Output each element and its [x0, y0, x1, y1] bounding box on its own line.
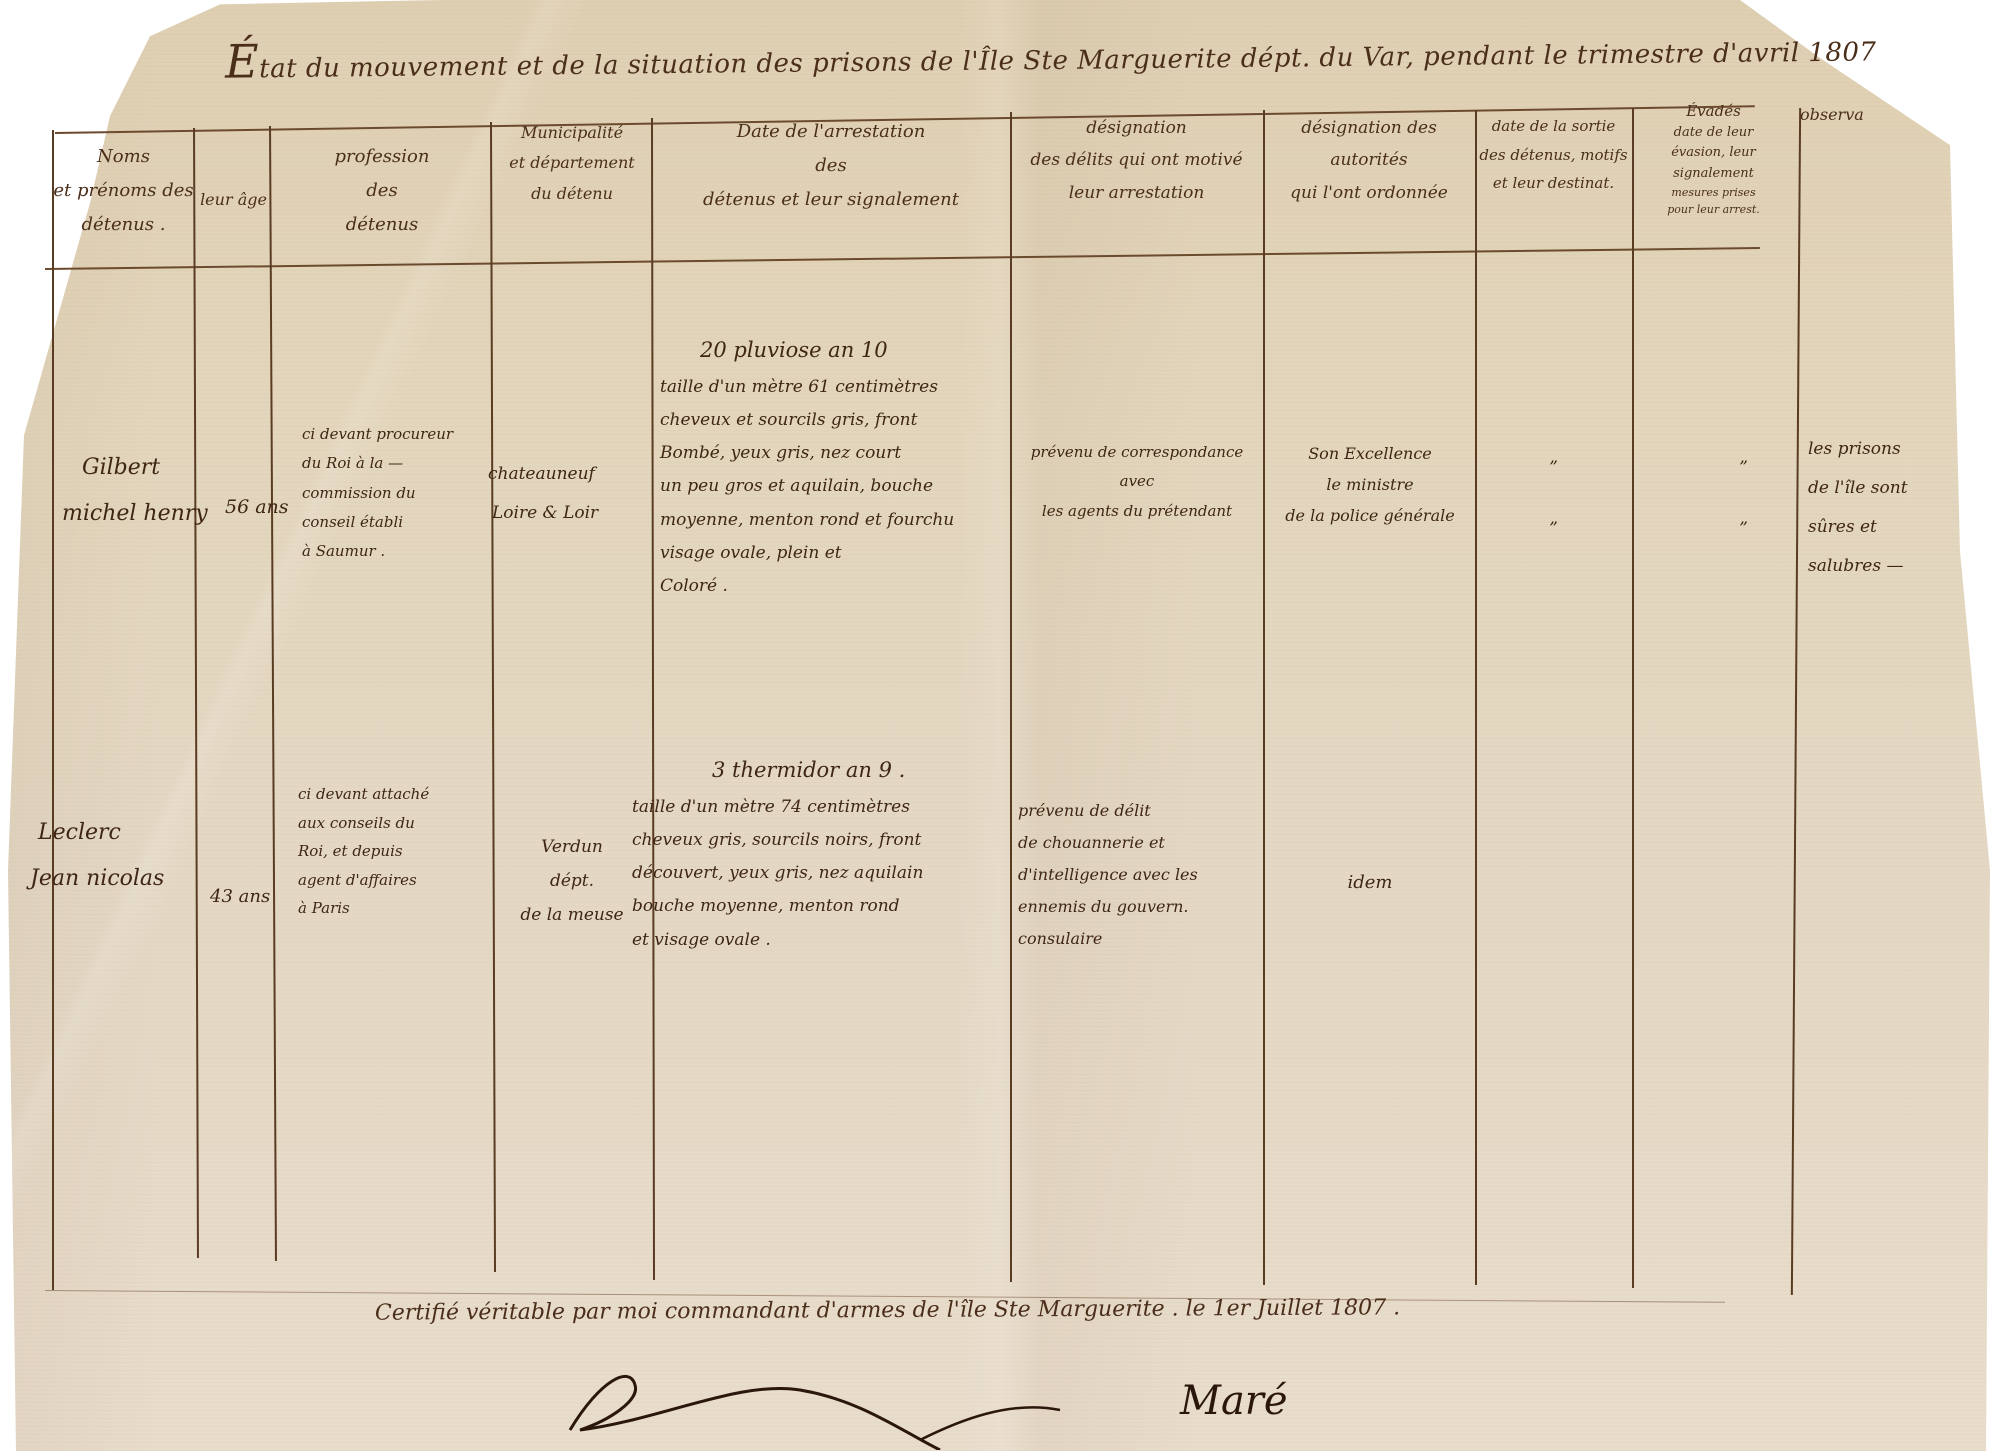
- header-line: leur arrestation: [1010, 177, 1263, 209]
- certification-text: Certifié véritable par moi commandant d'…: [375, 1297, 1400, 1324]
- col-rule-0: [52, 130, 54, 1290]
- header-line: des: [652, 149, 1010, 183]
- ditto-mark: ”: [1665, 499, 1822, 560]
- header-offense: désignation des délits qui ont motivé le…: [1010, 112, 1263, 209]
- profession-line: agent d'affaires: [298, 866, 429, 895]
- col-rule-8: [1632, 108, 1634, 1288]
- header-line: détenus .: [52, 208, 195, 242]
- description-line: bouche moyenne, menton rond: [632, 890, 923, 923]
- arrest-date: 3 thermidor an 9 .: [632, 750, 923, 791]
- row1-release-ditto: ” ”: [1475, 438, 1632, 560]
- header-authority: désignation des autorités qui l'ont ordo…: [1263, 112, 1475, 209]
- header-line: et département: [492, 148, 652, 178]
- header-names: Noms et prénoms des détenus .: [52, 140, 195, 243]
- row1-age: 56 ans: [225, 490, 289, 525]
- signature-flourish: [540, 1360, 1240, 1450]
- offense-line: d'intelligence avec les: [1018, 859, 1198, 891]
- description-line: Bombé, yeux gris, nez court: [660, 437, 954, 470]
- header-line: des détenus, motifs: [1475, 141, 1632, 170]
- profession-line: Roi, et depuis: [298, 837, 429, 866]
- profession-line: du Roi à la —: [302, 449, 453, 478]
- profession-line: conseil établi: [302, 508, 453, 537]
- description-line: moyenne, menton rond et fourchu: [660, 504, 954, 537]
- municipality-line: chateauneuf: [488, 455, 598, 494]
- detainee-given-names: Jean nicolas: [30, 856, 164, 902]
- observation-line: de l'île sont: [1808, 469, 1908, 508]
- header-line: désignation des: [1263, 112, 1475, 144]
- row2-authority: idem: [1265, 866, 1475, 899]
- header-line: désignation: [1010, 112, 1263, 144]
- detainee-given-names: michel henry: [62, 491, 208, 537]
- header-line: mesures prises: [1632, 184, 1795, 201]
- profession-line: à Paris: [298, 894, 429, 923]
- municipality-line: Verdun: [492, 830, 652, 864]
- row2-offense: prévenu de délit de chouannerie et d'int…: [1018, 795, 1198, 955]
- authority-line: le ministre: [1265, 469, 1475, 500]
- header-line: qui l'ont ordonnée: [1263, 177, 1475, 209]
- department-line: Loire & Loir: [488, 494, 598, 533]
- header-line: détenus et leur signalement: [652, 183, 1010, 217]
- offense-line: prévenu de délit: [1018, 795, 1198, 827]
- header-line: du détenu: [492, 179, 652, 209]
- department-line: de la meuse: [492, 898, 652, 932]
- authority-line: idem: [1265, 866, 1475, 899]
- header-line: Noms: [52, 140, 195, 174]
- header-line: détenus: [272, 208, 492, 242]
- profession-line: commission du: [302, 479, 453, 508]
- header-line: Date de l'arrestation: [652, 115, 1010, 149]
- offense-line: consulaire: [1018, 923, 1198, 955]
- row2-age: 43 ans: [210, 880, 270, 913]
- offense-line: prévenu de correspondance: [1012, 438, 1262, 467]
- row1-name: Gilbert michel henry: [62, 445, 208, 537]
- ditto-mark: ”: [1475, 438, 1632, 499]
- header-municipality: Municipalité et département du détenu: [492, 118, 652, 209]
- ditto-mark: ”: [1475, 499, 1632, 560]
- arrest-date: 20 pluviose an 10: [660, 330, 954, 371]
- header-line: autorités: [1263, 144, 1475, 176]
- description-line: taille d'un mètre 74 centimètres: [632, 791, 923, 824]
- row2-arrest: 3 thermidor an 9 . taille d'un mètre 74 …: [632, 750, 923, 957]
- header-line: et prénoms des: [52, 174, 195, 208]
- header-line: Municipalité: [492, 118, 652, 148]
- title-initial: É: [225, 34, 260, 88]
- description-line: visage ovale, plein et: [660, 537, 954, 570]
- row2-name: Leclerc Jean nicolas: [30, 810, 164, 902]
- description-line: cheveux et sourcils gris, front: [660, 404, 954, 437]
- header-line: leur âge: [195, 185, 272, 215]
- row1-municipality: chateauneuf Loire & Loir: [488, 455, 598, 533]
- row1-observations: les prisons de l'île sont sûres et salub…: [1808, 430, 1908, 586]
- detainee-surname: Gilbert: [62, 445, 208, 491]
- profession-line: ci devant procureur: [302, 420, 453, 449]
- col-rule-7: [1475, 110, 1477, 1285]
- row2-profession: ci devant attaché aux conseils du Roi, e…: [298, 780, 429, 923]
- header-escaped: Évadés date de leur évasion, leur signal…: [1632, 100, 1795, 218]
- header-line: date de leur: [1632, 123, 1795, 143]
- header-release: date de la sortie des détenus, motifs et…: [1475, 112, 1632, 198]
- offense-line: les agents du prétendant: [1012, 497, 1262, 526]
- description-line: cheveux gris, sourcils noirs, front: [632, 824, 923, 857]
- header-line: Évadés: [1632, 100, 1795, 123]
- description-line: Coloré .: [660, 570, 954, 603]
- col-rule-5: [1010, 112, 1012, 1282]
- header-line: des délits qui ont motivé: [1010, 144, 1263, 176]
- row1-escaped-ditto: ” ”: [1665, 438, 1822, 560]
- col-rule-6: [1263, 110, 1265, 1285]
- header-line: des: [272, 174, 492, 208]
- header-line: pour leur arrest.: [1632, 201, 1795, 218]
- detainee-surname: Leclerc: [30, 810, 164, 856]
- offense-line: ennemis du gouvern.: [1018, 891, 1198, 923]
- description-line: taille d'un mètre 61 centimètres: [660, 371, 954, 404]
- profession-line: ci devant attaché: [298, 780, 429, 809]
- description-line: un peu gros et aquilain, bouche: [660, 470, 954, 503]
- header-line: et leur destinat.: [1475, 169, 1632, 198]
- offense-line: avec: [1012, 467, 1262, 496]
- header-line: signalement: [1632, 164, 1795, 184]
- authority-line: Son Excellence: [1265, 438, 1475, 469]
- profession-line: à Saumur .: [302, 537, 453, 566]
- authority-line: de la police générale: [1265, 500, 1475, 531]
- observation-line: les prisons: [1808, 430, 1908, 469]
- observation-line: salubres —: [1808, 547, 1908, 586]
- ditto-mark: ”: [1665, 438, 1822, 499]
- department-label: dépt.: [492, 864, 652, 898]
- header-arrest-date: Date de l'arrestation des détenus et leu…: [652, 115, 1010, 218]
- header-line: évasion, leur: [1632, 143, 1795, 163]
- header-line: profession: [272, 140, 492, 174]
- row1-arrest: 20 pluviose an 10 taille d'un mètre 61 c…: [660, 330, 954, 603]
- signature: Maré: [1180, 1378, 1288, 1424]
- row1-authority: Son Excellence le ministre de la police …: [1265, 438, 1475, 532]
- offense-line: de chouannerie et: [1018, 827, 1198, 859]
- profession-line: aux conseils du: [298, 809, 429, 838]
- row1-offense: prévenu de correspondance avec les agent…: [1012, 438, 1262, 526]
- header-line: date de la sortie: [1475, 112, 1632, 141]
- description-line: découvert, yeux gris, nez aquilain: [632, 857, 923, 890]
- observation-line: sûres et: [1808, 508, 1908, 547]
- header-line: observa: [1800, 100, 1920, 130]
- row1-profession: ci devant procureur du Roi à la — commis…: [302, 420, 453, 566]
- header-observations: observa: [1800, 100, 1920, 130]
- header-age: leur âge: [195, 185, 272, 215]
- row2-municipality: Verdun dépt. de la meuse: [492, 830, 652, 932]
- header-profession: profession des détenus: [272, 140, 492, 243]
- description-line: et visage ovale .: [632, 924, 923, 957]
